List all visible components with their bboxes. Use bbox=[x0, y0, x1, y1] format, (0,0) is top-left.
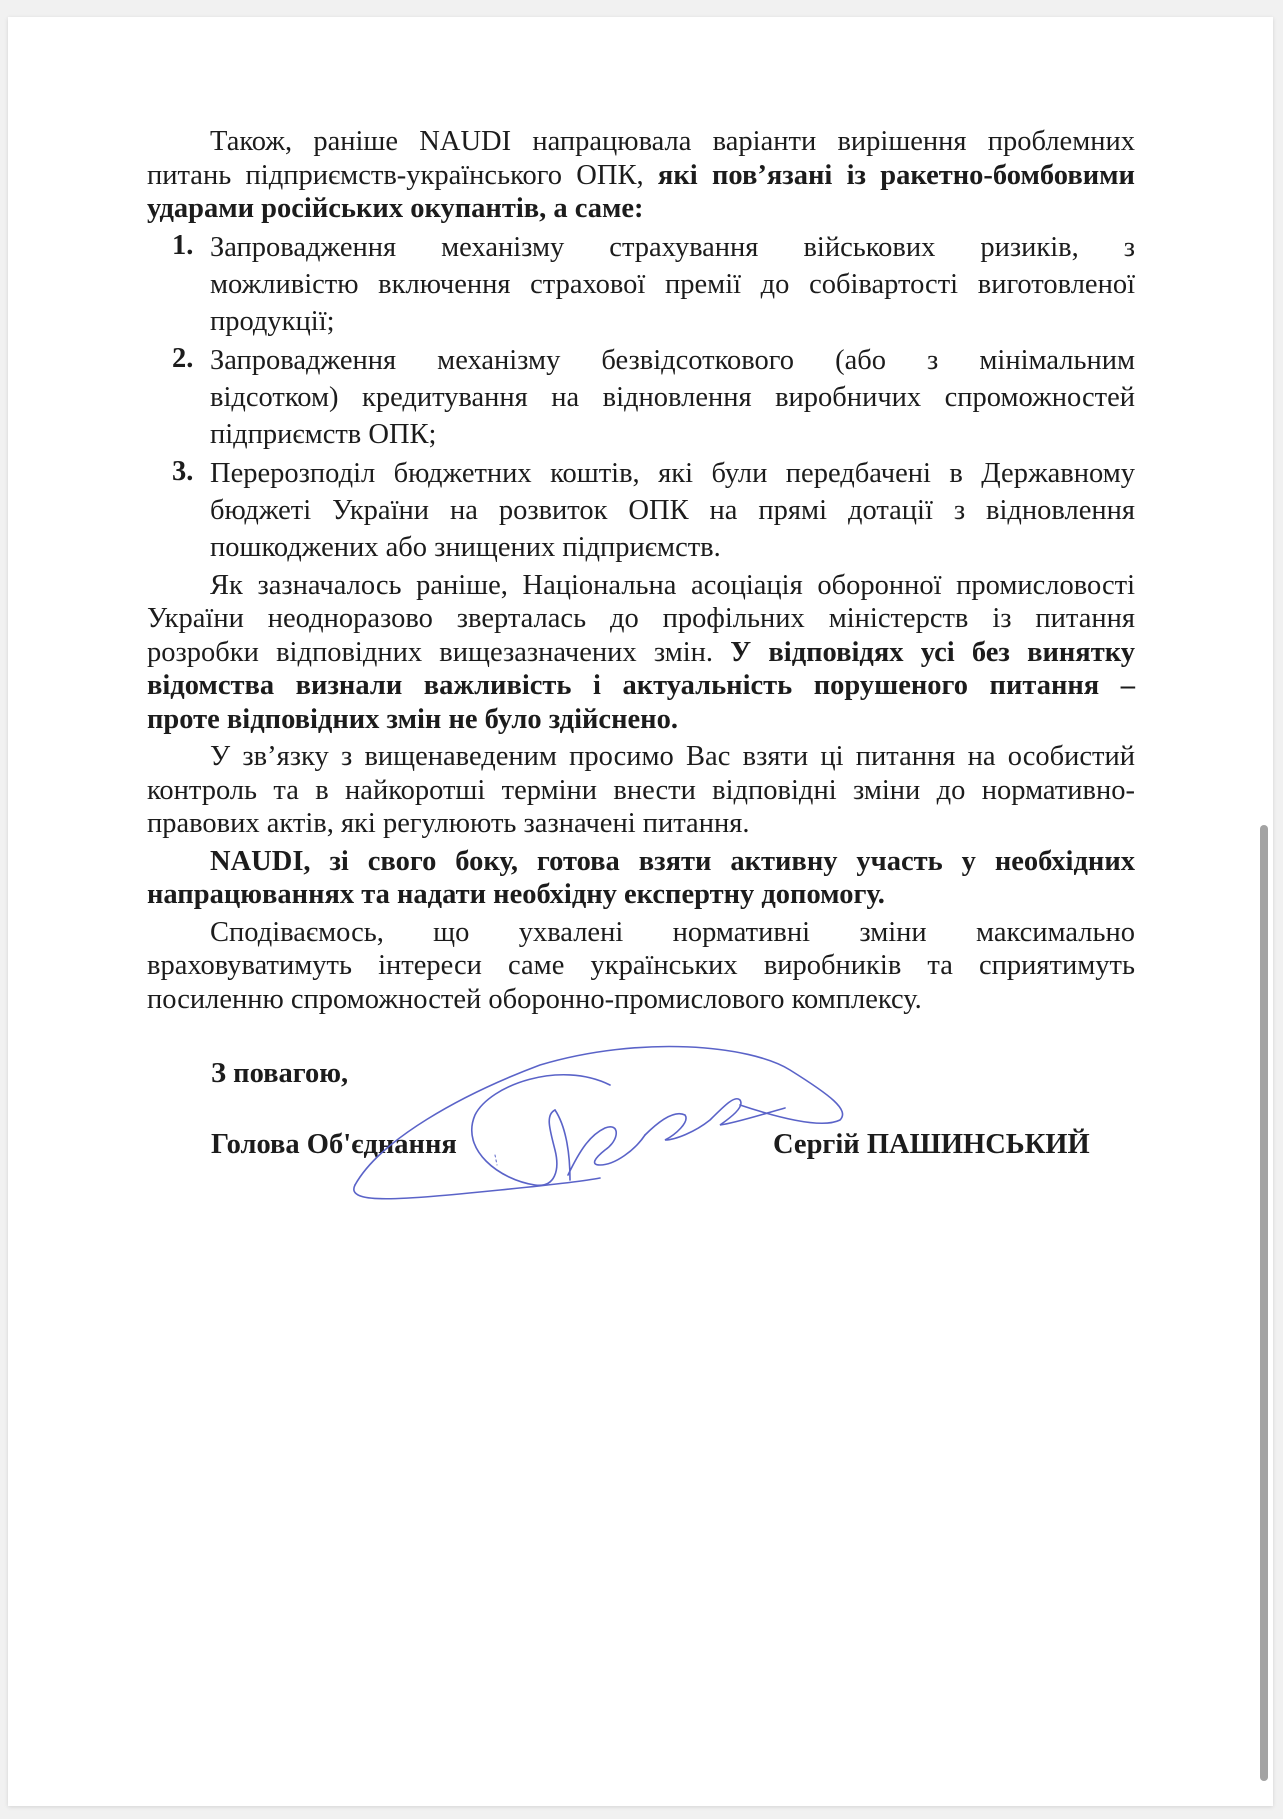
text-line: Перерозподіл бюджетних коштів, які були … bbox=[210, 455, 1135, 492]
text-line: Сподіваємось, що ухвалені нормативні змі… bbox=[147, 916, 1135, 950]
list-number: 2. bbox=[172, 342, 193, 376]
text-normal: Як зазначалось раніше, Національна асоці… bbox=[210, 570, 1135, 601]
text-bold: проте відповідних змін не було здійснено… bbox=[147, 704, 678, 735]
vertical-scrollbar[interactable] bbox=[1260, 825, 1268, 1781]
text-normal: розробки відповідних вищезазначених змін… bbox=[147, 637, 730, 668]
text-line: проте відповідних змін не було здійснено… bbox=[147, 703, 1135, 737]
text-line: Запровадження механізму страхування війс… bbox=[210, 229, 1135, 266]
closing-salutation: З повагою, bbox=[211, 1058, 348, 1090]
text-line: напрацюваннях та надати необхідну експер… bbox=[147, 878, 1135, 912]
letter-body: Також, раніше NAUDI напрацювала варіанти… bbox=[147, 125, 1135, 1016]
text-normal: України неодноразово зверталась до профі… bbox=[147, 603, 1135, 634]
text-line: ударами російських окупантів, а саме: bbox=[147, 192, 1135, 226]
text-bold: які пов’язані із ракетно-бомбовими bbox=[658, 160, 1135, 191]
text-bold: ударами російських окупантів, а саме: bbox=[147, 193, 644, 224]
list-number: 3. bbox=[172, 455, 193, 489]
text-line: можливістю включення страхової премії до… bbox=[210, 266, 1135, 303]
paragraph-appeals: Як зазначалось раніше, Національна асоці… bbox=[147, 569, 1135, 737]
text-normal: Також, раніше NAUDI напрацювала варіанти… bbox=[210, 126, 1135, 157]
text-line: контроль та в найкоротші терміни внести … bbox=[147, 774, 1135, 808]
list-item: 2. Запровадження механізму безвідсотково… bbox=[147, 342, 1135, 453]
list-item: 3. Перерозподіл бюджетних коштів, які бу… bbox=[147, 455, 1135, 566]
paragraph-intro: Також, раніше NAUDI напрацювала варіанти… bbox=[147, 125, 1135, 226]
text-line: бюджеті України на розвиток ОПК на прямі… bbox=[210, 492, 1135, 529]
text-normal: питань підприємств-українського ОПК, bbox=[147, 160, 658, 191]
text-line: NAUDI, зі свого боку, готова взяти актив… bbox=[147, 845, 1135, 879]
text-line: підприємств ОПК; bbox=[210, 416, 1135, 453]
handwritten-signature-icon bbox=[340, 1040, 900, 1210]
text-line: розробки відповідних вищезазначених змін… bbox=[147, 636, 1135, 670]
text-line: продукції; bbox=[210, 303, 1135, 340]
paragraph-hope: Сподіваємось, що ухвалені нормативні змі… bbox=[147, 916, 1135, 1017]
text-line: посиленню спроможностей оборонно-промисл… bbox=[147, 983, 1135, 1017]
list-number: 1. bbox=[172, 229, 193, 263]
text-line: пошкоджених або знищених підприємств. bbox=[210, 529, 1135, 566]
paragraph-naudi-offer: NAUDI, зі свого боку, готова взяти актив… bbox=[147, 845, 1135, 912]
text-line: України неодноразово зверталась до профі… bbox=[147, 602, 1135, 636]
text-line: відсотком) кредитування на відновлення в… bbox=[210, 379, 1135, 416]
text-line: враховуватимуть інтереси саме українськи… bbox=[147, 949, 1135, 983]
text-line: Також, раніше NAUDI напрацювала варіанти… bbox=[147, 125, 1135, 159]
text-bold: відомства визнали важливість і актуальні… bbox=[147, 670, 1135, 701]
text-line: Як зазначалось раніше, Національна асоці… bbox=[147, 569, 1135, 603]
text-line: правових актів, які регулюють зазначені … bbox=[147, 807, 1135, 841]
text-line: питань підприємств-українського ОПК, які… bbox=[147, 159, 1135, 193]
document-viewer: Також, раніше NAUDI напрацювала варіанти… bbox=[0, 0, 1283, 1819]
list-item: 1. Запровадження механізму страхування в… bbox=[147, 229, 1135, 340]
text-line: Запровадження механізму безвідсоткового … bbox=[210, 342, 1135, 379]
text-line: У зв’язку з вищенаведеним просимо Вас вз… bbox=[147, 740, 1135, 774]
paragraph-request: У зв’язку з вищенаведеним просимо Вас вз… bbox=[147, 740, 1135, 841]
text-bold: У відповідях усі без винятку bbox=[730, 637, 1135, 668]
text-line: відомства визнали важливість і актуальні… bbox=[147, 669, 1135, 703]
numbered-list: 1. Запровадження механізму страхування в… bbox=[147, 229, 1135, 566]
